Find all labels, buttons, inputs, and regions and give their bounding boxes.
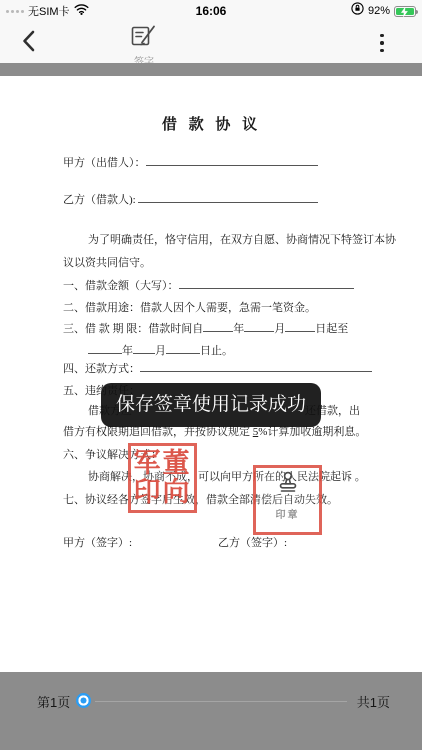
seal-row-1: 军董 [134,449,192,478]
page-slider-track[interactable] [95,701,347,702]
stamp-button[interactable]: 印章 [253,465,322,535]
document-page[interactable]: 借 款 协 议 甲方（出借人）： 乙方（借款人): 为了明确责任，恪守信用，在双… [0,76,422,672]
seal-row-2: 印向 [134,478,192,507]
battery-charging-icon [394,6,416,17]
party-b-signature-label: 乙方（签字）: [218,536,287,550]
party-b-line: 乙方（借款人): [63,193,360,207]
kebab-dot [380,34,384,38]
page-slider: 第1页 共1页 [0,690,422,710]
intro-line-2: 议以资共同信守。 [63,256,360,270]
signature-row: 甲方（签字）: 乙方（签字）: [63,536,360,550]
status-bar: 无SIM卡 16:06 92% [0,0,422,22]
party-a-line: 甲方（出借人）： [63,156,360,170]
app-screen: 无SIM卡 16:06 92% [0,0,422,750]
bottom-bar: 第1页 共1页 [0,672,422,750]
clause-1-blank [179,279,354,289]
back-button[interactable] [14,29,42,57]
sign-button[interactable]: 签字 [116,24,172,68]
document-title: 借 款 协 议 [63,118,360,132]
clause-4-blank [140,362,372,372]
kebab-dot [380,41,384,45]
toolbar: 签字 印章 [0,22,422,63]
party-a-blank [146,156,318,166]
clause-2: 二、借款用途：借款人因个人需要，急需一笔资金。 [63,301,360,315]
current-page-label: 第1页 [37,692,70,711]
more-menu-button[interactable] [372,29,392,57]
clause-1: 一、借款金额（大写）： [63,279,360,293]
party-b-label: 乙方（借款人): [63,194,136,206]
sign-button-label: 签字 [134,53,154,68]
clause-6-label: 六、争议解决方式： [63,448,360,462]
party-b-blank [138,193,318,203]
clause-4-label: 四、还款方式： [63,363,140,375]
clause-1-label: 一、借款金额（大写）： [63,280,179,292]
toast-message: 保存签章使用记录成功 [101,383,321,427]
kebab-dot [380,49,384,53]
stamp-icon [276,471,300,500]
total-pages-label: 共1页 [357,692,390,711]
clock: 16:06 [0,4,422,18]
chevron-left-icon [22,30,35,57]
clause-4: 四、还款方式： [63,362,360,376]
clause-3-line-2: 年月日止。 [63,344,360,358]
stamp-button-label: 印章 [276,501,300,530]
party-a-signature-label: 甲方（签字）: [63,537,132,549]
signature-document-icon [131,24,157,52]
page-slider-thumb[interactable] [76,693,91,708]
toolbar-divider-band [0,63,422,76]
intro-line-1: 为了明确责任，恪守信用，在双方自愿、协商情况下特签订本协 [63,233,360,247]
seal-stamp[interactable]: 军董 印向 [128,443,197,513]
clause-5-line-2: 借方有权限期追回借款，并按协议规定 5%计算加收逾期利息。 [63,425,360,439]
clause-3-line-1: 三、借 款 期 限：借款时间自年月日起至 [63,322,360,336]
party-a-label: 甲方（出借人）： [63,157,146,169]
